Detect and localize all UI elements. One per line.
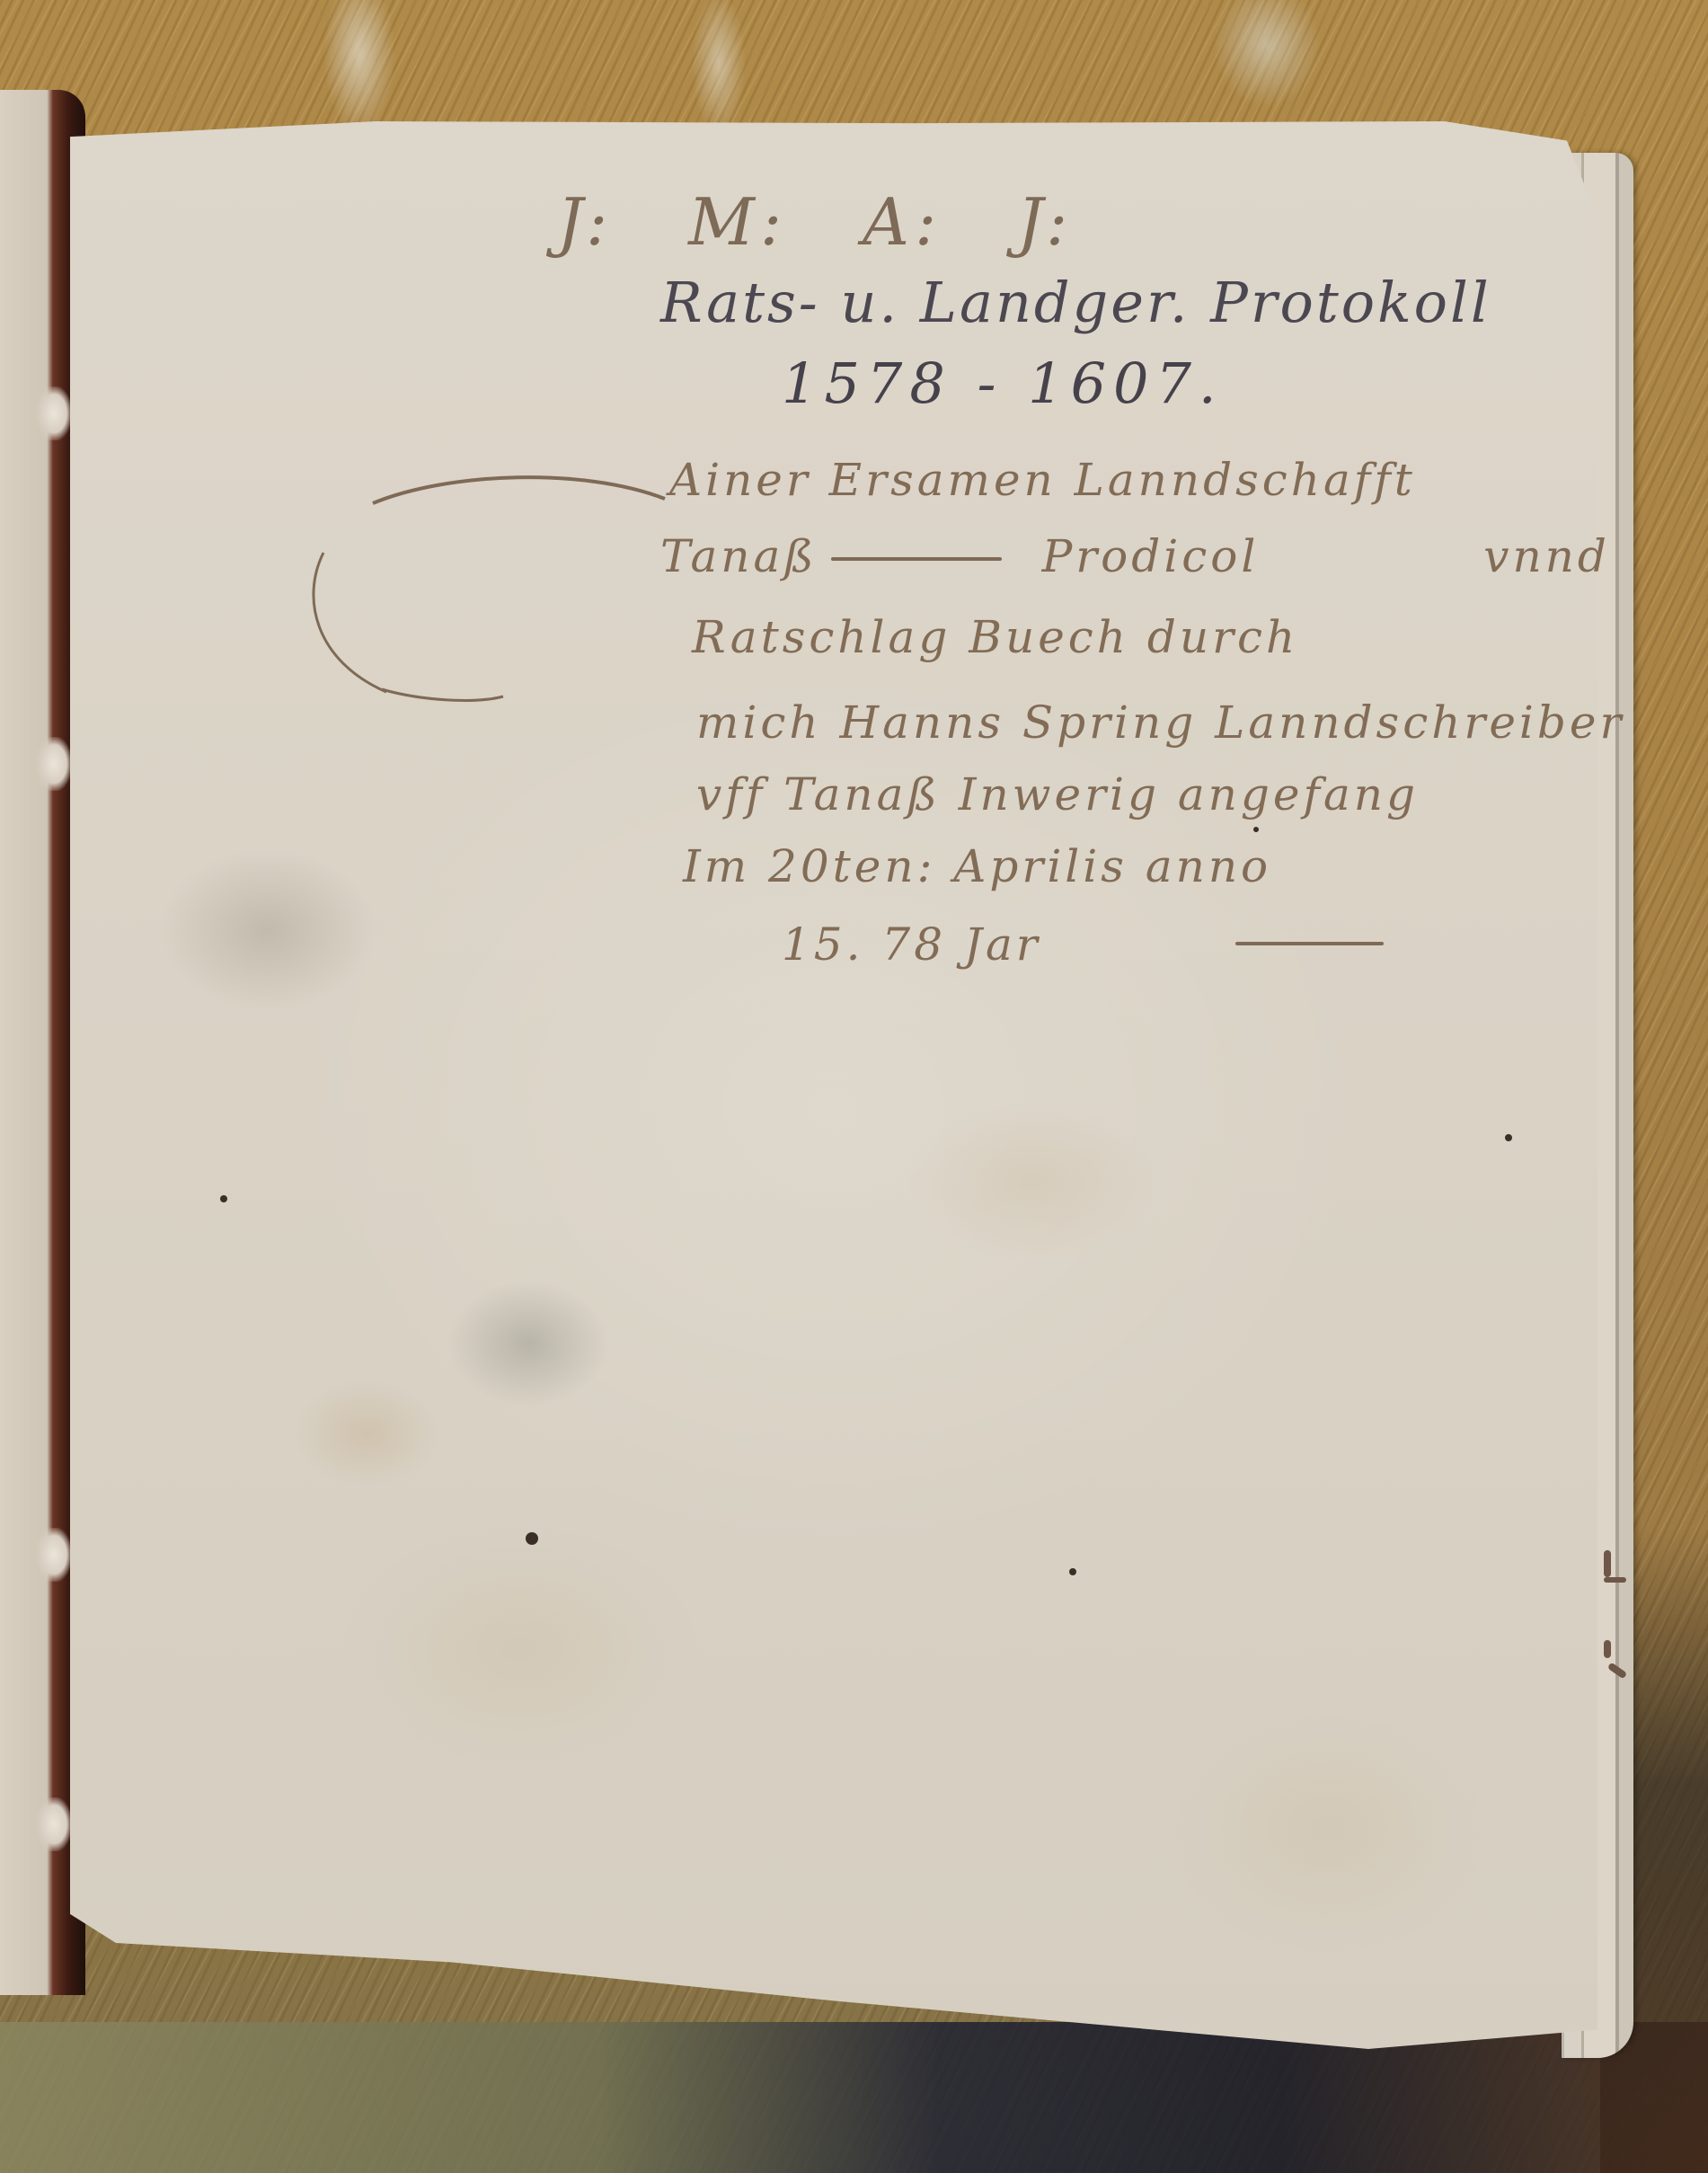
table-shadow [0, 2022, 1708, 2173]
ink-line-1: Ainer Ersamen Lanndschafft [669, 454, 1416, 506]
ink-line-7: 15. 78 Jar [782, 918, 1041, 971]
ink-line-2: Tanaß Prodicol vnnd [660, 530, 1610, 582]
table-wear-marks [162, 0, 1420, 135]
ink-flourish [288, 454, 674, 705]
ink-line-6: Im 20ten: Aprilis anno [683, 840, 1271, 892]
ink-line-5: vff Tanaß Inwerig angefang [696, 768, 1419, 820]
binding-thread [36, 737, 72, 791]
binding-thread [36, 386, 72, 440]
edge-ink-marks [1602, 1550, 1620, 1685]
ink-spot [220, 1195, 227, 1202]
closing-stroke [1235, 942, 1384, 945]
ink-line-4: mich Hanns Spring Lanndschreiber [696, 696, 1624, 749]
binding-thread [36, 1797, 72, 1851]
ink-spot [1069, 1568, 1076, 1575]
ink-line-3: Ratschlag Buech durch [692, 611, 1298, 663]
ink-spot [1253, 827, 1259, 832]
binding-thread [36, 1528, 72, 1582]
ink-spot [526, 1532, 538, 1545]
pencil-title: Rats- u. Landger. Protokoll [660, 270, 1491, 335]
ink-stroke [831, 557, 1002, 561]
ink-spot [1505, 1134, 1512, 1141]
invocation-monogram: J: M: A: J: [557, 184, 1073, 260]
pencil-years: 1578 - 1607. [782, 350, 1224, 416]
